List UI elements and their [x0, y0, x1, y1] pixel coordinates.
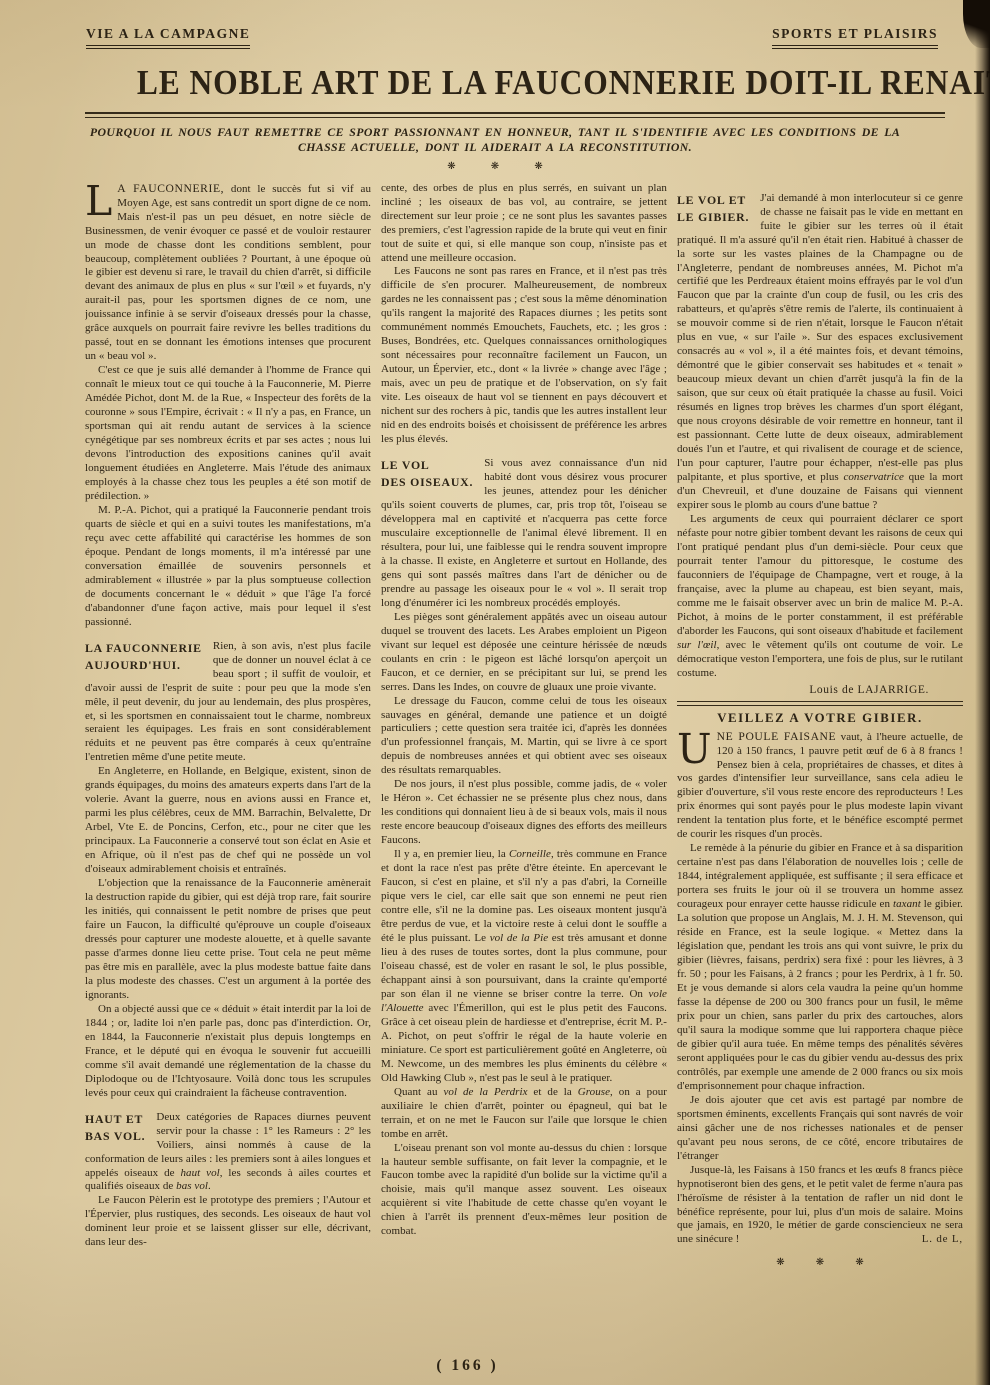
section-heading: LE VOL DES OISEAUX.	[381, 457, 473, 491]
paragraph: On a objecté aussi que ce « déduit » éta…	[85, 1003, 371, 1101]
paragraph: Je dois ajouter que cet avis est partagé…	[677, 1094, 963, 1164]
column-1: LA FAUCONNERIE, dont le succès fut si vi…	[85, 182, 371, 1332]
running-header: VIE A LA CAMPAGNE SPORTS ET PLAISIRS	[86, 26, 938, 49]
paragraph: L'objection que la renaissance de la Fau…	[85, 877, 371, 1003]
column-2: cente, des orbes de plus en plus serrés,…	[381, 182, 667, 1332]
section-paragraph: LA FAUCONNERIE AUJOURD'HUI.Rien, à son a…	[85, 640, 371, 766]
article-subtitle: POURQUOI IL NOUS FAUT REMETTRE CE SPORT …	[70, 125, 920, 156]
section-paragraph: LE VOL ET LE GIBIER.J'ai demandé à mon i…	[677, 192, 963, 513]
paragraph: Il y a, en premier lieu, la Corneille, t…	[381, 848, 667, 1085]
drop-cap: U	[677, 730, 717, 766]
ornament-row-top: ❋ ❋ ❋	[0, 161, 990, 172]
second-article-title: VEILLEZ A VOTRE GIBIER.	[677, 711, 963, 726]
paragraph: Les pièges sont généralement appâtés ave…	[381, 611, 667, 695]
page-number: ( 166 )	[0, 1357, 935, 1375]
paragraph: Les Faucons ne sont pas rares en France,…	[381, 265, 667, 447]
section-name-left: VIE A LA CAMPAGNE	[86, 26, 250, 49]
magazine-page: VIE A LA CAMPAGNE SPORTS ET PLAISIRS LE …	[0, 0, 990, 1385]
paragraph: L'oiseau prenant son vol monte au-dessus…	[381, 1142, 667, 1240]
paragraph: Les arguments de ceux qui pourraient déc…	[677, 513, 963, 681]
inline-signature: L. de L,	[909, 1233, 963, 1247]
paragraph: En Angleterre, en Hollande, en Belgique,…	[85, 765, 371, 877]
ornament-row-end: ❋ ❋ ❋	[677, 1257, 963, 1268]
article-columns: LA FAUCONNERIE, dont le succès fut si vi…	[85, 182, 965, 1332]
author-signature: Louis de LAJARRIGE.	[677, 684, 963, 696]
paragraph: cente, des orbes de plus en plus serrés,…	[381, 182, 667, 266]
lead-paragraph: LA FAUCONNERIE, dont le succès fut si vi…	[85, 182, 371, 365]
page-corner-mark	[963, 0, 990, 48]
section-divider	[677, 701, 963, 706]
title-block: LE NOBLE ART DE LA FAUCONNERIE DOIT-IL R…	[85, 63, 960, 103]
section-paragraph: LE VOL DES OISEAUX.Si vous avez connaiss…	[381, 457, 667, 611]
title-rule	[85, 112, 945, 118]
paragraph: M. P.-A. Pichot, qui a pratiqué la Fauco…	[85, 504, 371, 630]
paragraph: Jusque-là, les Faisans à 150 francs et l…	[677, 1164, 963, 1248]
section-heading: LE VOL ET LE GIBIER.	[677, 192, 749, 226]
lead-paragraph: UNE POULE FAISANE vaut, à l'heure actuel…	[677, 730, 963, 843]
paragraph: Quant au vol de la Perdrix et de la Grou…	[381, 1086, 667, 1142]
page-title: LE NOBLE ART DE LA FAUCONNERIE DOIT-IL R…	[137, 63, 990, 103]
section-heading: HAUT ET BAS VOL.	[85, 1111, 145, 1145]
section-heading: LA FAUCONNERIE AUJOURD'HUI.	[85, 640, 202, 674]
lead-caps: A FAUCONNERIE,	[117, 182, 224, 195]
drop-cap: L	[85, 182, 117, 218]
paragraph: Le dressage du Faucon, comme celui de to…	[381, 695, 667, 779]
paragraph: Le Faucon Pèlerin est le prototype des p…	[85, 1194, 371, 1250]
paragraph: Le remède à la pénurie du gibier en Fran…	[677, 842, 963, 1093]
section-paragraph: HAUT ET BAS VOL.Deux catégories de Rapac…	[85, 1111, 371, 1195]
column-3: LE VOL ET LE GIBIER.J'ai demandé à mon i…	[677, 182, 963, 1332]
section-name-right: SPORTS ET PLAISIRS	[772, 26, 938, 49]
paragraph: C'est ce que je suis allé demander à l'h…	[85, 364, 371, 504]
paragraph: De nos jours, il n'est plus possible, co…	[381, 778, 667, 848]
lead-caps: NE POULE FAISANE	[717, 730, 837, 743]
binding-shadow	[975, 0, 990, 1385]
